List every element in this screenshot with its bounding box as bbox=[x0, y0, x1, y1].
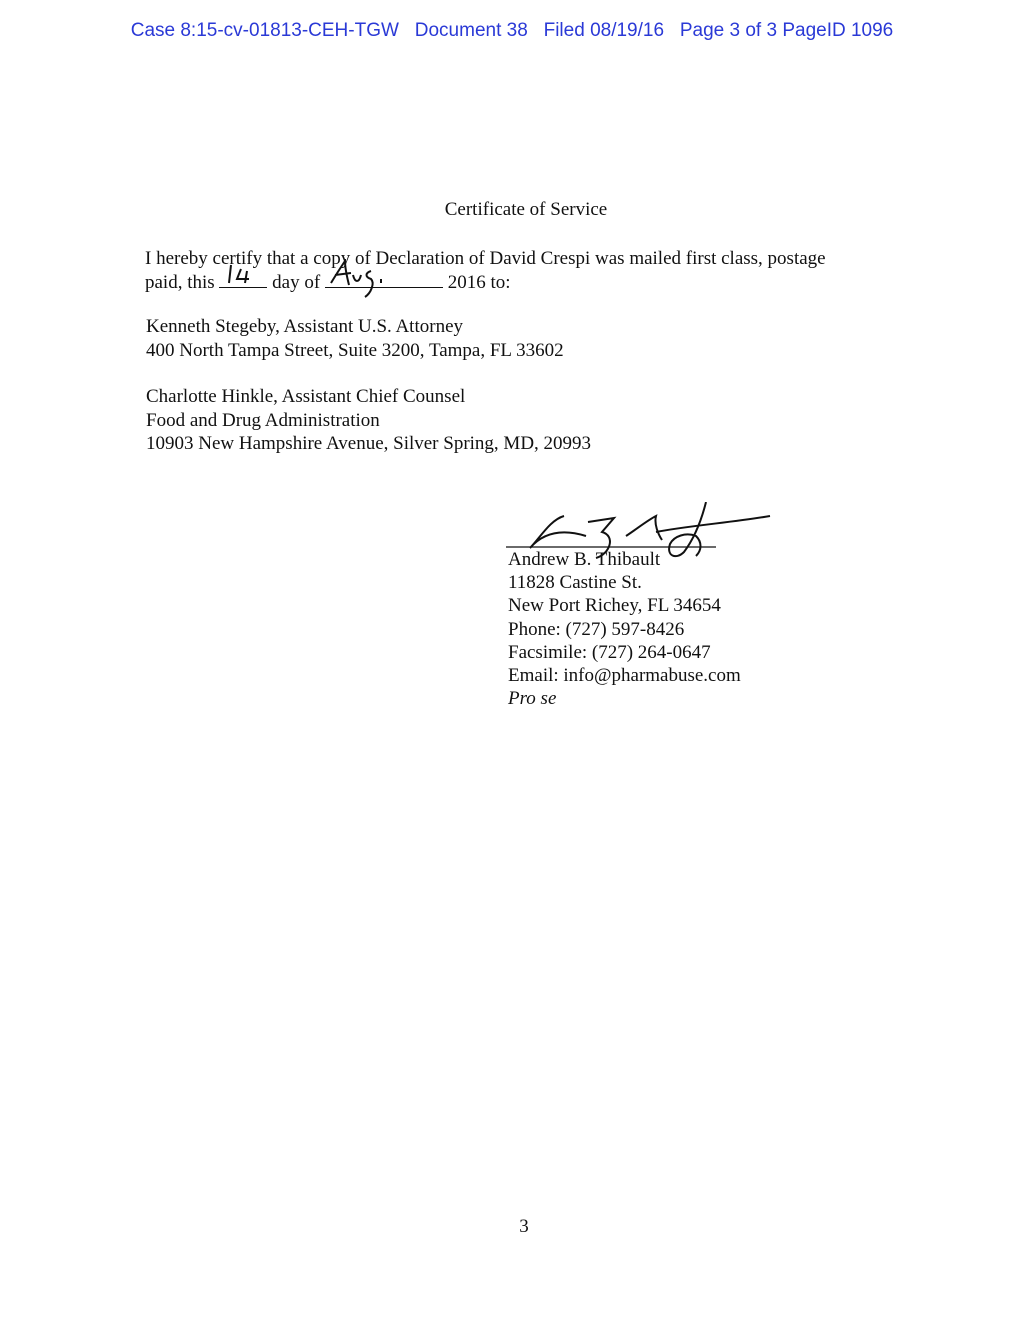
recipient-1-name: Kenneth Stegeby, Assistant U.S. Attorney bbox=[146, 315, 564, 339]
case-header-stamp: Case 8:15-cv-01813-CEH-TGW Document 38 F… bbox=[0, 20, 1024, 42]
recipient-2-name: Charlotte Hinkle, Assistant Chief Counse… bbox=[146, 385, 591, 409]
signatory-status: Pro se bbox=[508, 687, 741, 710]
month-blank bbox=[325, 271, 443, 288]
certification-mid: day of bbox=[267, 272, 325, 293]
signatory-fax: Facsimile: (727) 264-0647 bbox=[508, 641, 741, 664]
day-blank bbox=[219, 271, 267, 288]
signatory-email: Email: info@pharmabuse.com bbox=[508, 664, 741, 687]
certification-paragraph: I hereby certify that a copy of Declarat… bbox=[145, 247, 905, 295]
recipient-2-agency: Food and Drug Administration bbox=[146, 409, 591, 433]
signatory-city: New Port Richey, FL 34654 bbox=[508, 594, 741, 617]
handwritten-month-icon bbox=[325, 259, 443, 303]
recipient-1-address: 400 North Tampa Street, Suite 3200, Tamp… bbox=[146, 339, 564, 363]
recipient-2-address: 10903 New Hampshire Avenue, Silver Sprin… bbox=[146, 432, 591, 456]
recipient-1-block: Kenneth Stegeby, Assistant U.S. Attorney… bbox=[146, 315, 564, 362]
certification-suffix: 2016 to: bbox=[443, 272, 511, 293]
recipient-2-block: Charlotte Hinkle, Assistant Chief Counse… bbox=[146, 385, 591, 456]
certification-prefix: paid, this bbox=[145, 272, 219, 293]
signatory-name: Andrew B. Thibault bbox=[508, 548, 741, 571]
page-number: 3 bbox=[0, 1216, 1024, 1238]
handwritten-day-icon bbox=[219, 259, 267, 289]
signatory-phone: Phone: (727) 597-8426 bbox=[508, 618, 741, 641]
certification-line-2: paid, this day of 2016 to: bbox=[145, 271, 905, 295]
signatory-block: Andrew B. Thibault 11828 Castine St. New… bbox=[508, 548, 741, 710]
document-title: Certificate of Service bbox=[0, 199, 1024, 221]
signatory-street: 11828 Castine St. bbox=[508, 571, 741, 594]
